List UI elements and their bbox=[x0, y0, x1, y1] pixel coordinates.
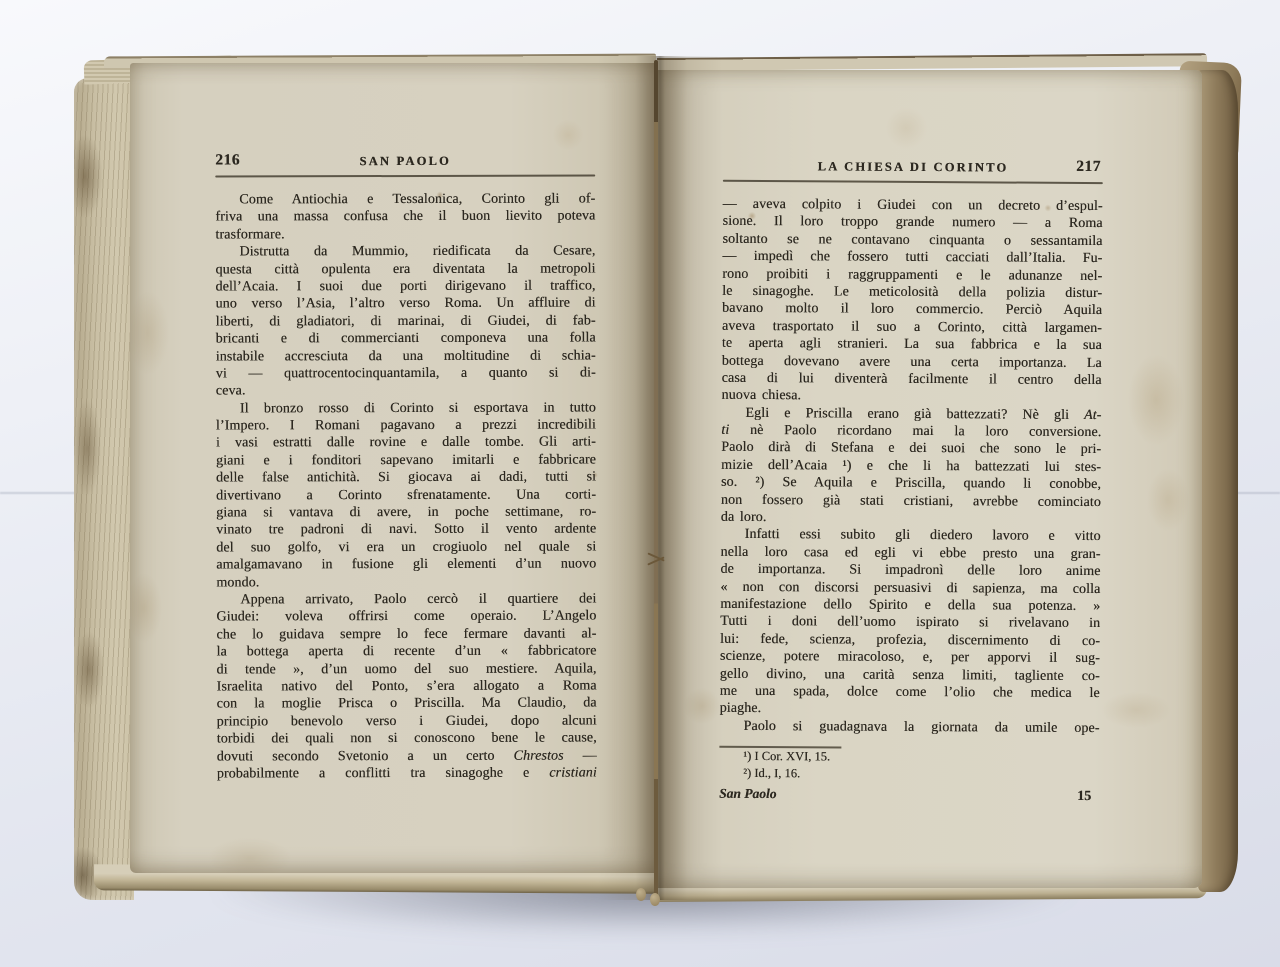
text-line: del suo golfo, vi era un crogiuolo nel q… bbox=[216, 538, 596, 556]
text-line: Giudei: voleva offrirsi come operaio. L’… bbox=[216, 608, 596, 626]
text-line: bricanti e di commercianti componeva una… bbox=[216, 330, 596, 348]
header-rule-right bbox=[723, 180, 1103, 184]
page-number-right: 217 bbox=[1076, 158, 1101, 176]
text-line: giani e i fonditori sapevano imitarli e … bbox=[216, 451, 596, 469]
text-line: i vasi estratti dalle rovine e dalle tom… bbox=[216, 434, 596, 452]
text-line: me una spada, dolce come l’olio che medi… bbox=[720, 683, 1100, 703]
header-rule-left bbox=[215, 175, 595, 178]
text-line: bottega dovevano avere una certa importa… bbox=[722, 352, 1102, 372]
signature-mark: San Paolo bbox=[719, 786, 776, 802]
page-footer: San Paolo 15 bbox=[719, 786, 1091, 805]
text-line: Il bronzo rosso di Corinto si esportava … bbox=[216, 399, 596, 417]
text-line: vi — quattrocentocinquantamila, a quanto… bbox=[216, 364, 596, 382]
text-line: sione. Il loro troppo grande numero — a … bbox=[723, 213, 1103, 233]
text-line: divertivano a Corinto sfrenatamente. Una… bbox=[216, 486, 596, 504]
text-line: te aperta agli stranieri. La sua fabbric… bbox=[722, 335, 1102, 355]
text-line: probabilmente a conflitti tra sinagoghe … bbox=[217, 764, 597, 782]
text-line: l’Impero. I Romani pagavano a prezzi inc… bbox=[216, 417, 596, 435]
text-line: questa città opulenta era diventata la m… bbox=[215, 260, 595, 278]
binding-knot bbox=[650, 893, 660, 906]
gathering-number: 15 bbox=[1077, 789, 1091, 805]
text-line: Infatti essi subito gli diedero lavoro e… bbox=[721, 526, 1101, 546]
binding-knot bbox=[636, 888, 646, 901]
text-line: Israelita nativo del Ponto, s’era alloga… bbox=[217, 677, 597, 695]
body-text-right: — aveva colpito i Giudei con un decreto … bbox=[719, 196, 1102, 737]
text-line: gello divino, una carità senza limiti, t… bbox=[720, 665, 1100, 685]
page-edge-stack-left bbox=[74, 78, 134, 900]
text-line: liberti, di gladiatori, di marinai, di G… bbox=[216, 312, 596, 330]
text-line: Paolo si guadagnava la giornata da umile… bbox=[719, 717, 1099, 737]
text-line: Tutti i doni dell’uomo ispirato si rivel… bbox=[720, 613, 1100, 633]
text-line: rono proibiti i raggruppamenti e le adun… bbox=[722, 265, 1102, 285]
text-line: dovuti secondo Svetonio a un certo Chres… bbox=[217, 747, 597, 765]
page-left: 216 SAN PAOLO Come Antiochia e Tessaloni… bbox=[130, 63, 656, 873]
text-line: dell’Acaia. I suoi due porti dirigevano … bbox=[216, 277, 596, 295]
text-line: instabile accresciuta da una moltitudine… bbox=[216, 347, 596, 365]
text-line: la bottega aperta di recente d’un « fabb… bbox=[216, 643, 596, 661]
text-line: con la moglie Prisca o Priscilla. Ma Cla… bbox=[217, 695, 597, 713]
open-book: 216 SAN PAOLO Come Antiochia e Tessaloni… bbox=[0, 0, 1280, 967]
text-line: Appena arrivato, Paolo cercò il quartier… bbox=[216, 590, 596, 608]
page-header-right: LA CHIESA DI CORINTO 217 bbox=[723, 156, 1103, 180]
text-line: principio benevolo verso i Giudei, dopo … bbox=[217, 712, 597, 730]
text-line: giana si vantava di avere, in poche sett… bbox=[216, 504, 596, 522]
text-line: de importanza. Si impadronì delle loro a… bbox=[720, 561, 1100, 581]
text-line: non fossero già stati cristiani, avrebbe… bbox=[721, 491, 1101, 511]
footnote-2: ²) Id., I, 16. bbox=[719, 764, 1099, 783]
text-line: Paolo dirà di Stefana e dei suoi che son… bbox=[721, 439, 1101, 459]
text-line: Come Antiochia e Tessalonica, Corinto gl… bbox=[215, 191, 595, 209]
text-line: di tende », d’un uomo del suo mestiere. … bbox=[217, 660, 597, 678]
text-line: amalgamavano in fusione gli elementi d’u… bbox=[216, 556, 596, 574]
text-line: torbidi dei quali non si conoscono bene … bbox=[217, 730, 597, 748]
text-line: delle false antichità. Si giocava ai dad… bbox=[216, 469, 596, 487]
text-line: che lo guidava sempre lo fece fermare da… bbox=[216, 625, 596, 643]
text-line: uno verso l’Asia, l’altro verso Roma. Un… bbox=[216, 295, 596, 313]
text-line: nuova chiesa. bbox=[721, 387, 1101, 407]
page-header-left: 216 SAN PAOLO bbox=[215, 151, 595, 174]
text-line: Distrutta da Mummio, riedificata da Cesa… bbox=[215, 243, 595, 261]
binding-stitch bbox=[654, 60, 658, 896]
text-line: friva una massa confusa che il buon liev… bbox=[215, 208, 595, 226]
text-line: mondo. bbox=[216, 573, 596, 591]
running-head-left: SAN PAOLO bbox=[215, 154, 595, 170]
text-line: ceva. bbox=[216, 382, 596, 400]
photo-scene: 216 SAN PAOLO Come Antiochia e Tessaloni… bbox=[0, 0, 1280, 967]
page-right: LA CHIESA DI CORINTO 217 — aveva colpito… bbox=[656, 70, 1202, 888]
text-line: bavano molto il loro commercio. Perciò A… bbox=[722, 300, 1102, 320]
text-column-left: 216 SAN PAOLO Come Antiochia e Tessaloni… bbox=[215, 151, 597, 783]
cover-edge-right bbox=[1198, 70, 1238, 892]
text-line: trasformare. bbox=[215, 225, 595, 243]
text-line: vinato tre padroni di navi. Sotto il ven… bbox=[216, 521, 596, 539]
body-text-left: Come Antiochia e Tessalonica, Corinto gl… bbox=[215, 191, 597, 783]
text-line: — impedì che fossero tutti cacciati dall… bbox=[722, 248, 1102, 268]
footnote-1: ¹) I Cor. XVI, 15. bbox=[719, 748, 1099, 767]
text-column-right: LA CHIESA DI CORINTO 217 — aveva colpito… bbox=[719, 156, 1103, 805]
text-line: scienze, potere miracoloso, e, per appor… bbox=[720, 648, 1100, 668]
page-top-edge-right bbox=[657, 53, 1207, 71]
text-line: so. ²) Se Aquila e Priscilla, quando li … bbox=[721, 474, 1101, 494]
running-head-right: LA CHIESA DI CORINTO bbox=[723, 159, 1103, 176]
